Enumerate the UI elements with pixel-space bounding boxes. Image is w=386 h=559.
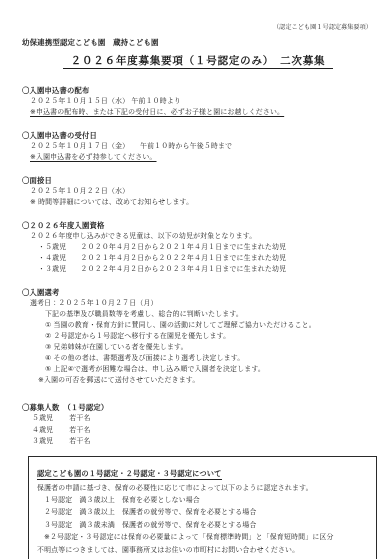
- certification-box-intro: 保護者の申請に基づき、保育の必要性に応じて市によって以下のように認定されます。: [37, 483, 368, 495]
- certification-item-3: ３号認定 満３歳未満 保護者の就労等で、保育を必要とする場合: [37, 520, 368, 532]
- capacity-row-age4: ４歳児 若干名: [22, 425, 374, 437]
- certification-info-box: 認定こども園の１号認定・２号認定・３号認定について 保護者の申請に基づき、保育の…: [28, 456, 377, 559]
- certification-item-1: １号認定 満３歳以上 保育を必要としない場合: [37, 495, 368, 507]
- capacity-count: 若干名: [69, 413, 90, 425]
- eligibility-item-age4: ・４歳児 ２０２１年４月２日から２０２２年４月１日までに生まれた幼児: [22, 253, 374, 264]
- capacity-age: ４歳児: [32, 425, 53, 437]
- selection-note: ※入園の可否を郵送にて送付させていただきます。: [22, 375, 374, 386]
- section-heading-capacity: 〇募集人数 （１号認定）: [22, 402, 374, 413]
- capacity-row-age5: ５歳児 若干名: [22, 413, 374, 425]
- acceptance-note: ※入園申込書を必ず持参してください。: [22, 152, 374, 163]
- section-application-acceptance: 〇入園申込書の受付日 ２０２５年１０月１７日（金） 午前１０時から午後５時まで …: [22, 130, 374, 163]
- selection-criterion-1: ① 当園の教育・保育方針に賛同し、園の活動に対してご理解ご協力いただけること。: [22, 320, 374, 331]
- certification-box-title-row: 認定こども園の１号認定・２号認定・３号認定について: [37, 463, 368, 481]
- selection-criterion-4: ④ その他の者は、書類選考及び面接により選考し決定します。: [22, 353, 374, 364]
- section-application-distribution: 〇入園申込書の配布 ２０２５年１０月１５日（水） 午前１０時より ※申込書の配布…: [22, 85, 374, 118]
- selection-criterion-3: ③ 兄弟姉妹が在園している者を優先します。: [22, 342, 374, 353]
- capacity-age: ３歳児: [32, 436, 53, 448]
- capacity-age: ５歳児: [32, 413, 53, 425]
- certification-box-footer: 不明点等につきましては、園事務所又はお住いの市町村にお問い合わせください。: [37, 545, 368, 557]
- distribution-note: ※申込書の配布時、または下記の受付日に、必ずお子様と園にお越しください。: [22, 107, 374, 118]
- school-name: 幼保連携型認定こども園 蔵持こども園: [22, 38, 374, 47]
- section-heading-acceptance: 〇入園申込書の受付日: [22, 130, 374, 141]
- certification-note: ※２号認定・３号認定には保育の必要量によって「保育標準時間」と「保育短時間」に区…: [37, 532, 368, 544]
- interview-note: ※ 時間等詳細については、改めてお知らせします。: [22, 197, 374, 208]
- section-heading-interview: 〇面接日: [22, 175, 374, 186]
- section-selection: 〇入園選考 選考日：２０２５年１０月２７日（月） 下記の基準及び職員数等を考慮し…: [22, 287, 374, 386]
- capacity-row-age3: ３歳児 若干名: [22, 436, 374, 448]
- eligibility-intro: ２０２６年度申し込みができる児童は、以下の幼児が対象となります。: [22, 231, 374, 242]
- selection-criterion-5: ⑤ 上記④で選考が困難な場合は、申し込み順で入園者を決定します。: [22, 364, 374, 375]
- distribution-date: ２０２５年１０月１５日（水） 午前１０時より: [22, 96, 374, 107]
- section-heading-eligibility: 〇２０２６年度入園資格: [22, 220, 374, 231]
- eligibility-item-age3: ・３歳児 ２０２２年４月２日から２０２３年４月１日までに生まれた幼児: [22, 264, 374, 275]
- selection-intro: 下記の基準及び職員数等を考慮し、総合的に判断いたします。: [22, 309, 374, 320]
- section-eligibility: 〇２０２６年度入園資格 ２０２６年度申し込みができる児童は、以下の幼児が対象とな…: [22, 220, 374, 275]
- section-capacity: 〇募集人数 （１号認定） ５歳児 若干名 ４歳児 若干名 ３歳児 若干名: [22, 402, 374, 448]
- title-row: ２０２６年度募集要項（１号認定のみ） 二次募集: [22, 51, 374, 69]
- selection-date: 選考日：２０２５年１０月２７日（月）: [22, 298, 374, 309]
- section-heading-selection: 〇入園選考: [22, 287, 374, 298]
- certification-box-title: 認定こども園の１号認定・２号認定・３号認定について: [37, 468, 222, 481]
- certification-item-2: ２号認定 満３歳以上 保護者の就労等で、保育を必要とする場合: [37, 507, 368, 519]
- eligibility-item-age5: ・５歳児 ２０２０年４月２日から２０２１年４月１日までに生まれた幼児: [22, 242, 374, 253]
- document-title: ２０２６年度募集要項（１号認定のみ） 二次募集: [63, 55, 334, 69]
- interview-date: ２０２５年１０月２２日（水）: [22, 186, 374, 197]
- section-interview: 〇面接日 ２０２５年１０月２２日（水） ※ 時間等詳細については、改めてお知らせ…: [22, 175, 374, 208]
- acceptance-date: ２０２５年１０月１７日（金） 午前１０時から午後５時まで: [22, 141, 374, 152]
- section-heading-distribution: 〇入園申込書の配布: [22, 85, 374, 96]
- selection-criterion-2: ② ２号認定から１号認定へ移行する在園児を優先します。: [22, 331, 374, 342]
- corner-note: （認定こども園１号認定募集要項）: [22, 24, 374, 32]
- capacity-count: 若干名: [69, 436, 90, 448]
- document-page: （認定こども園１号認定募集要項） 幼保連携型認定こども園 蔵持こども園 ２０２６…: [0, 0, 386, 559]
- capacity-count: 若干名: [69, 425, 90, 437]
